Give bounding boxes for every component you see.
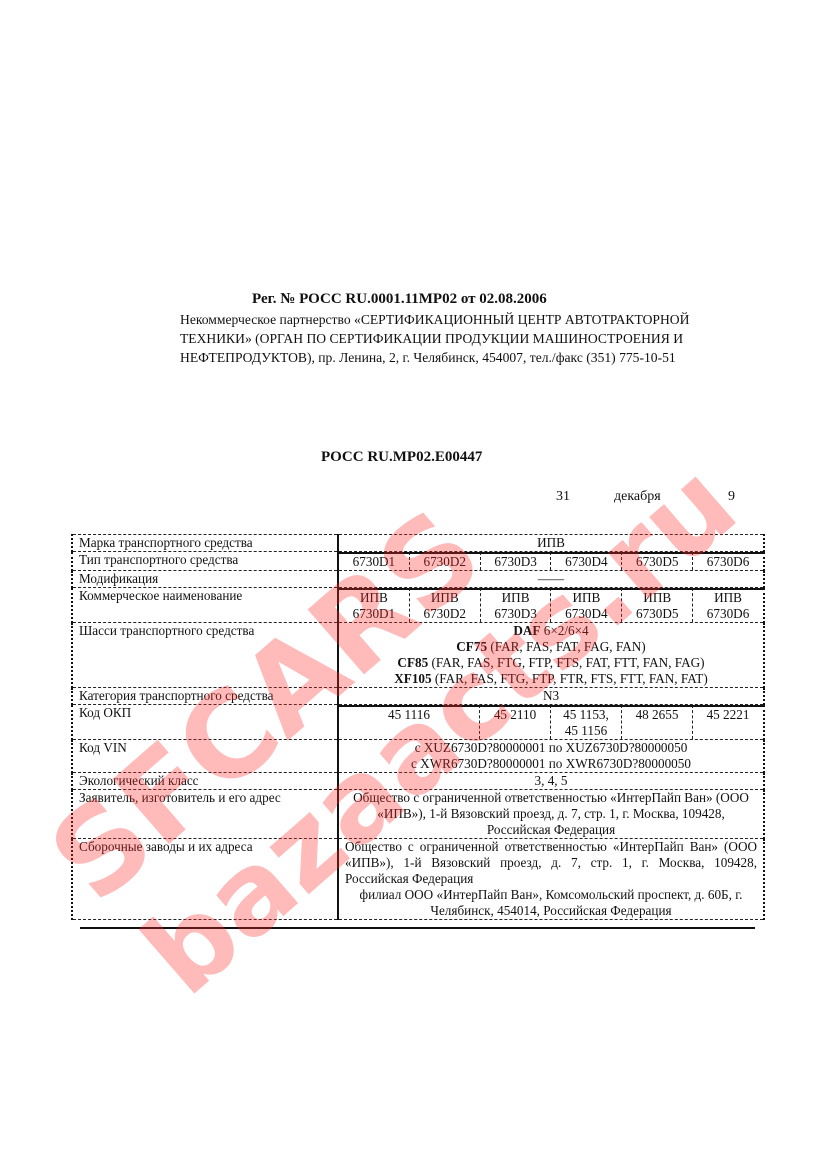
table-row: Тип транспортного средства 6730D1 6730D2… — [72, 552, 764, 571]
type-values: 6730D1 6730D2 6730D3 6730D4 6730D5 6730D… — [338, 552, 764, 571]
org-line: НЕФТЕПРОДУКТОВ), пр. Ленина, 2, г. Челяб… — [180, 348, 768, 367]
okp-cell: 45 1116 — [339, 705, 480, 739]
type-cell: 6730D2 — [410, 552, 481, 570]
commercial-name-cell: ИПВ6730D1 — [339, 588, 410, 622]
vin-line: с XUZ6730D?80000001 по XUZ6730D?80000050 — [339, 740, 763, 756]
type-cell: 6730D4 — [551, 552, 622, 570]
row-label: Код ОКП — [72, 705, 338, 740]
row-label: Код VIN — [72, 740, 338, 773]
okp-cell: 48 2655 — [622, 705, 693, 739]
date-year: 9 — [728, 489, 735, 505]
plant-address: филиал ООО «ИнтерПайп Ван», Комсомольски… — [345, 887, 757, 919]
chassis-line: DAF 6×2/6×4 — [339, 623, 763, 639]
row-label: Категория транспортного средства — [72, 688, 338, 705]
row-label: Экологический класс — [72, 773, 338, 790]
row-label: Марка транспортного средства — [72, 535, 338, 552]
row-label: Модификация — [72, 571, 338, 588]
org-line: ТЕХНИКИ» (ОРГАН ПО СЕРТИФИКАЦИИ ПРОДУКЦИ… — [180, 329, 768, 348]
commercial-name-cell: ИПВ6730D2 — [410, 588, 481, 622]
table-row: Экологический класс 3, 4, 5 — [72, 773, 764, 790]
row-label: Тип транспортного средства — [72, 552, 338, 571]
brand-value: ИПВ — [338, 535, 764, 552]
date-month: декабря — [614, 489, 661, 505]
type-cell: 6730D5 — [622, 552, 693, 570]
modification-value: —— — [338, 571, 764, 588]
table-row: Марка транспортного средства ИПВ — [72, 535, 764, 552]
applicant-value: Общество с ограниченной ответственностью… — [338, 790, 764, 839]
registration-number: Рег. № РОСС RU.0001.11МР02 от 02.08.2006 — [252, 291, 547, 308]
commercial-name-cell: ИПВ6730D5 — [622, 588, 693, 622]
row-label: Сборочные заводы и их адреса — [72, 839, 338, 920]
table-row: Сборочные заводы и их адреса Общество с … — [72, 839, 764, 920]
okp-values: 45 1116 45 2110 45 1153,45 115648 2655 4… — [338, 705, 764, 740]
table-row: Код ОКП 45 1116 45 2110 45 1153,45 11564… — [72, 705, 764, 740]
certificate-table: Марка транспортного средства ИПВ Тип тра… — [71, 534, 765, 920]
vin-value: с XUZ6730D?80000001 по XUZ6730D?80000050… — [338, 740, 764, 773]
vin-line: с XWR6730D?80000001 по XWR6730D?80000050 — [339, 756, 763, 772]
certification-body: Некоммерческое партнерство «СЕРТИФИКАЦИО… — [180, 310, 768, 367]
table-row: Код VIN с XUZ6730D?80000001 по XUZ6730D?… — [72, 740, 764, 773]
okp-cell: 45 2221 — [693, 705, 763, 739]
okp-cell: 45 2110 — [480, 705, 551, 739]
table-row: Шасси транспортного средства DAF 6×2/6×4… — [72, 623, 764, 688]
type-cell: 6730D1 — [339, 552, 410, 570]
table-row: Коммерческое наименование ИПВ6730D1ИПВ67… — [72, 588, 764, 623]
certificate-number: РОСС RU.МР02.Е00447 — [321, 449, 482, 466]
type-cell: 6730D6 — [693, 552, 763, 570]
org-line: Некоммерческое партнерство «СЕРТИФИКАЦИО… — [180, 310, 768, 329]
row-label: Заявитель, изготовитель и его адрес — [72, 790, 338, 839]
okp-cell: 45 1153,45 1156 — [551, 705, 622, 739]
commercial-name-cell: ИПВ6730D3 — [481, 588, 552, 622]
chassis-value: DAF 6×2/6×4CF75 (FAR, FAS, FAT, FAG, FAN… — [338, 623, 764, 688]
row-label: Коммерческое наименование — [72, 588, 338, 623]
eco-class-value: 3, 4, 5 — [338, 773, 764, 790]
chassis-line: XF105 (FAR, FAS, FTG, FTP, FTR, FTS, FTT… — [339, 671, 763, 687]
chassis-line: CF75 (FAR, FAS, FAT, FAG, FAN) — [339, 639, 763, 655]
commercial-name-cell: ИПВ6730D4 — [551, 588, 622, 622]
commercial-name-cell: ИПВ6730D6 — [693, 588, 763, 622]
table-row: Категория транспортного средства N3 — [72, 688, 764, 705]
type-cell: 6730D3 — [481, 552, 552, 570]
table-row: Модификация —— — [72, 571, 764, 588]
table-row: Заявитель, изготовитель и его адрес Обще… — [72, 790, 764, 839]
commercial-name-values: ИПВ6730D1ИПВ6730D2ИПВ6730D3ИПВ6730D4ИПВ6… — [338, 588, 764, 623]
chassis-line: CF85 (FAR, FAS, FTG, FTP, FTS, FAT, FTT,… — [339, 655, 763, 671]
plant-address: Общество с ограниченной ответственностью… — [345, 839, 757, 887]
date-day: 31 — [556, 489, 570, 505]
category-value: N3 — [338, 688, 764, 705]
bottom-rule — [80, 927, 755, 929]
plants-value: Общество с ограниченной ответственностью… — [338, 839, 764, 920]
row-label: Шасси транспортного средства — [72, 623, 338, 688]
